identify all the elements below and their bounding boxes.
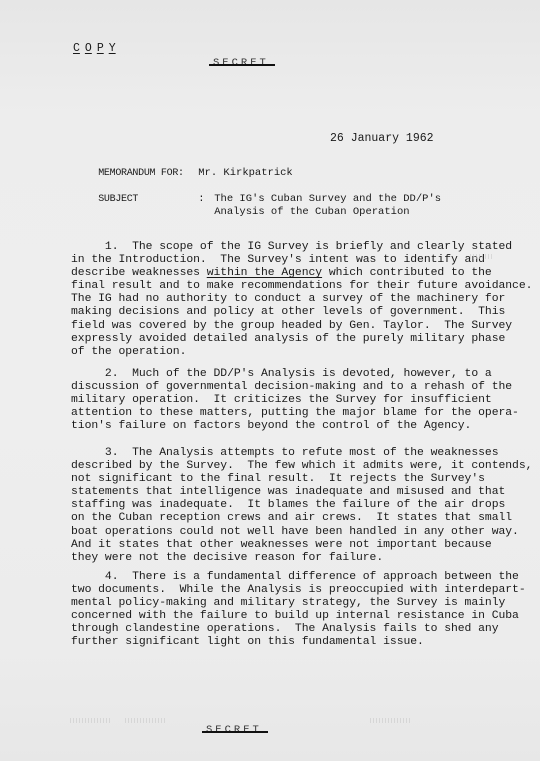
subject-colon: :	[198, 193, 214, 205]
copy-letter: C	[73, 42, 80, 55]
copy-letter: O	[85, 42, 92, 55]
subject-line-1: The IG's Cuban Survey and the DD/P's	[214, 193, 441, 205]
paragraph-3: 3. The Analysis attempts to refute most …	[71, 447, 501, 565]
paragraph-2: 2. Much of the DD/P's Analysis is devote…	[71, 368, 501, 433]
scan-speckle	[70, 718, 110, 723]
subject-label: SUBJECT	[98, 194, 198, 205]
subject-text: The IG's Cuban Survey and the DD/P'sAnal…	[214, 193, 441, 219]
scan-speckle	[370, 718, 410, 723]
memorandum-for-value: Mr. Kirkpatrick	[198, 167, 293, 179]
scan-speckle	[125, 718, 165, 723]
subject-row: SUBJECT:The IG's Cuban Survey and the DD…	[73, 181, 441, 231]
document-page: COPY SECRET 26 January 1962 MEMORANDUM F…	[0, 0, 540, 761]
paragraph-1: 1. The scope of the IG Survey is briefly…	[71, 241, 501, 359]
copy-letter: P	[97, 42, 104, 55]
memo-date: 26 January 1962	[330, 132, 434, 145]
classification-marking-bottom: SECRET	[206, 724, 262, 736]
paragraph-1-underlined-phrase: within the Agency	[207, 267, 322, 279]
classification-marking-top: SECRET	[213, 57, 269, 69]
subject-line-2: Analysis of the Cuban Operation	[214, 206, 409, 218]
paragraph-1-text-b: which contributed to the final result an…	[71, 267, 532, 358]
copy-mark: COPY	[73, 42, 121, 55]
scan-speckle	[470, 254, 492, 259]
paragraph-4: 4. There is a fundamental difference of …	[71, 571, 501, 650]
memorandum-for-label: MEMORANDUM FOR:	[98, 168, 198, 179]
copy-letter: Y	[109, 42, 116, 55]
